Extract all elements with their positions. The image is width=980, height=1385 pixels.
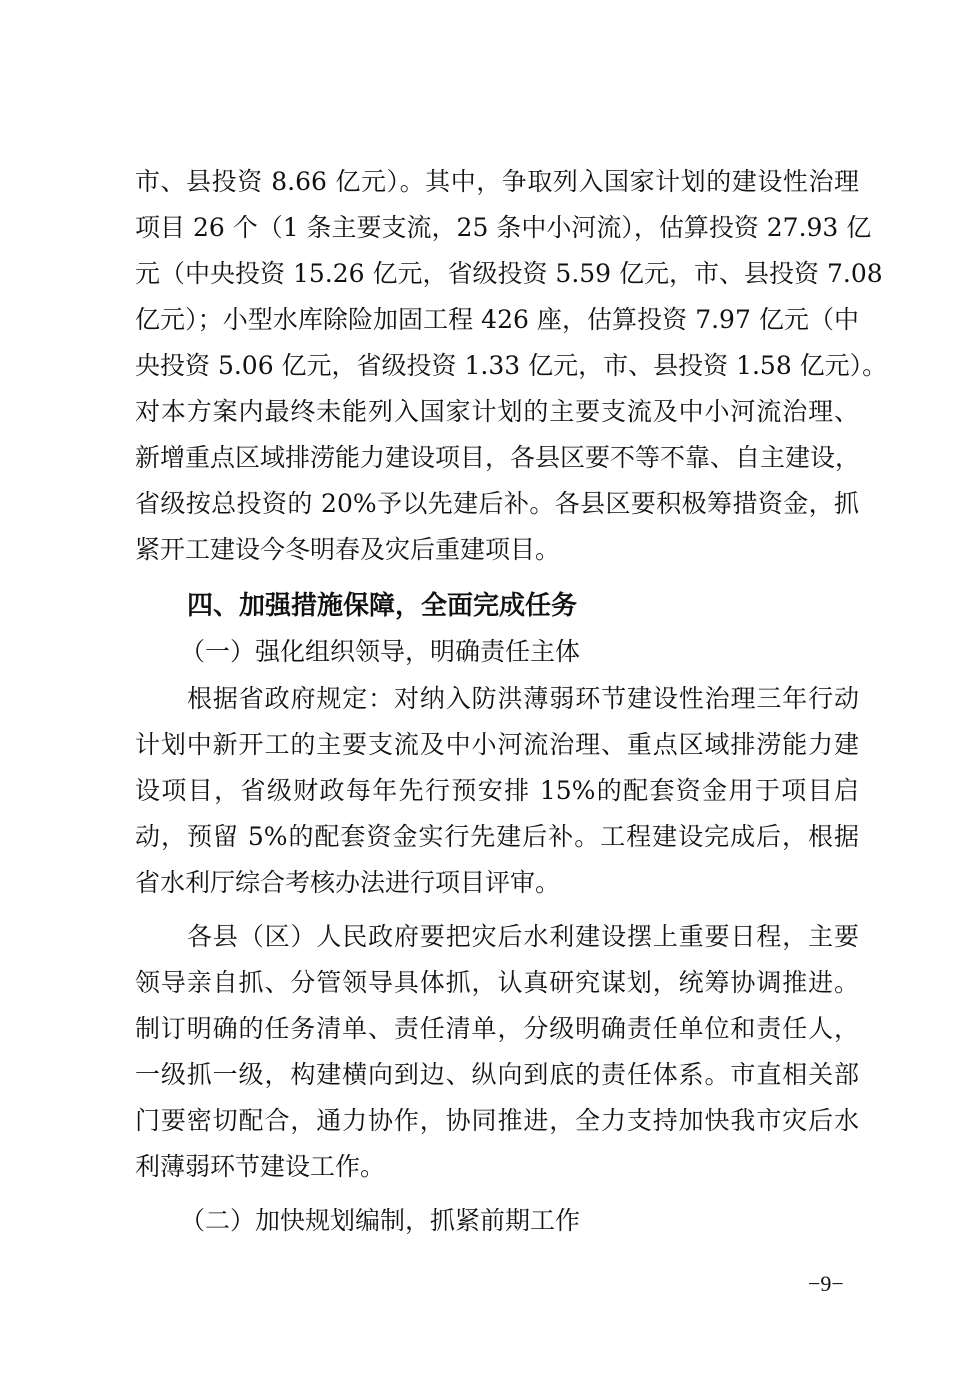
body-text-line: 制订明确的任务清单、责任清单，分级明确责任单位和责任人，: [135, 1011, 859, 1047]
body-text-line: 对本方案内最终未能列入国家计划的主要支流及中小河流治理、: [135, 394, 859, 430]
document-page: 市、县投资 8.66 亿元）。其中，争取列入国家计划的建设性治理 项目 26 个…: [0, 0, 980, 1385]
body-text-line: 元（中央投资 15.26 亿元，省级投资 5.59 亿元，市、县投资 7.08: [135, 256, 859, 292]
body-text-line: 领导亲自抓、分管领导具体抓，认真研究谋划，统筹协调推进。: [135, 965, 859, 1001]
body-text-line: 亿元）；小型水库除险加固工程 426 座，估算投资 7.97 亿元（中: [135, 302, 859, 338]
body-text-line: 各县（区）人民政府要把灾后水利建设摆上重要日程，主要: [187, 919, 859, 955]
subsection-heading: （二）加快规划编制，抓紧前期工作: [180, 1203, 580, 1239]
body-text-line: 根据省政府规定：对纳入防洪薄弱环节建设性治理三年行动: [187, 681, 859, 717]
body-text-line: 省水利厅综合考核办法进行项目评审。: [135, 865, 859, 901]
body-text-line: 市、县投资 8.66 亿元）。其中，争取列入国家计划的建设性治理: [135, 164, 859, 200]
body-text-line: 项目 26 个（1 条主要支流，25 条中小河流），估算投资 27.93 亿: [135, 210, 859, 246]
body-text-line: 新增重点区域排涝能力建设项目，各县区要不等不靠、自主建设，: [135, 440, 859, 476]
body-text-line: 计划中新开工的主要支流及中小河流治理、重点区域排涝能力建: [135, 727, 859, 763]
body-text-line: 央投资 5.06 亿元，省级投资 1.33 亿元，市、县投资 1.58 亿元）。: [135, 348, 859, 384]
section-heading: 四、加强措施保障，全面完成任务: [187, 588, 577, 624]
body-text-line: 利薄弱环节建设工作。: [135, 1149, 859, 1185]
body-text-line: 紧开工建设今冬明春及灾后重建项目。: [135, 532, 859, 568]
page-number: −9−: [808, 1270, 844, 1298]
body-text-line: 省级按总投资的 20%予以先建后补。各县区要积极筹措资金，抓: [135, 486, 859, 522]
body-text-line: 一级抓一级，构建横向到边、纵向到底的责任体系。市直相关部: [135, 1057, 859, 1093]
body-text-line: 动，预留 5%的配套资金实行先建后补。工程建设完成后，根据: [135, 819, 859, 855]
body-text-line: 设项目，省级财政每年先行预安排 15%的配套资金用于项目启: [135, 773, 859, 809]
body-text-line: 门要密切配合，通力协作，协同推进，全力支持加快我市灾后水: [135, 1103, 859, 1139]
subsection-heading: （一）强化组织领导，明确责任主体: [180, 634, 580, 670]
